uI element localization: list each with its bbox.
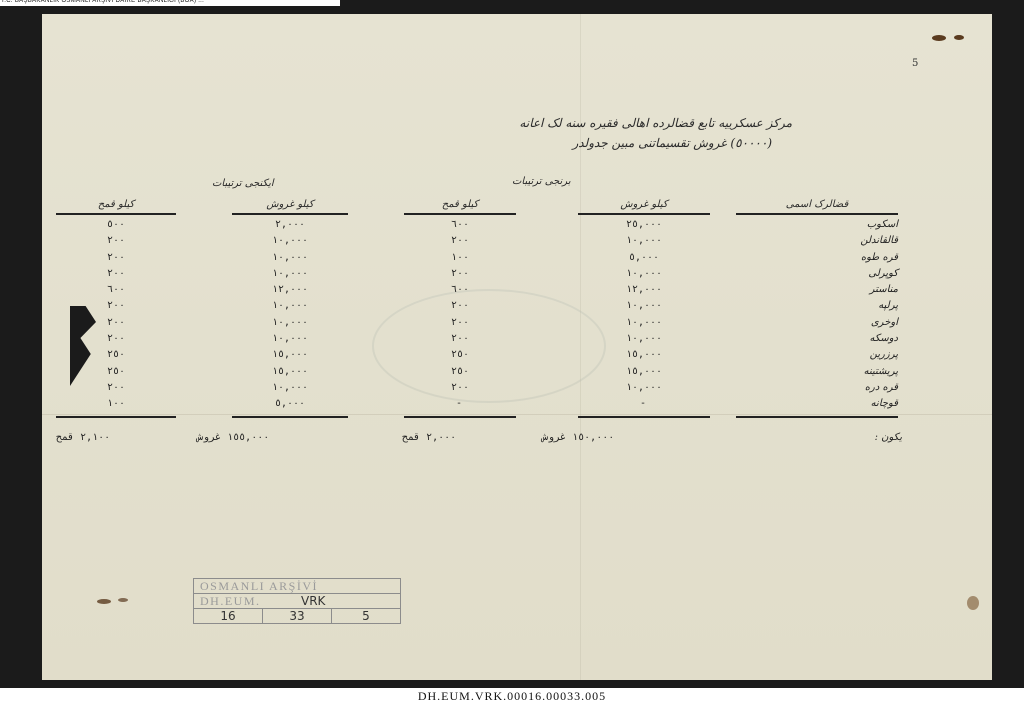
table-cell: ١٠,٠٠٠ xyxy=(232,315,348,331)
total-second-kilo: ٢,١٠٠ قمح xyxy=(56,432,110,443)
total-second-cash: ١٥٥,٠٠٠ غروش xyxy=(197,432,269,443)
table-cell: ٥٠٠ xyxy=(56,217,176,233)
stamp-fond: DH.EUM. xyxy=(200,594,261,608)
table-cell: ١٠,٠٠٠ xyxy=(578,266,710,282)
ink-stain xyxy=(97,599,111,604)
table-cell: ٥,٠٠٠ xyxy=(578,250,710,266)
table-cell: ١٠,٠٠٠ xyxy=(232,250,348,266)
header-rule xyxy=(578,213,710,215)
table-cell: پرلپه xyxy=(736,298,898,314)
folio-mark: 5 xyxy=(912,58,918,69)
document-title-line-1: مرکز عسکرییه تابع قضالرده اهالی فقیره سن… xyxy=(312,116,792,130)
table-cell: ٢٠٠ xyxy=(56,266,176,282)
header-strip: T.C. BAŞBAKANLIK OSMANLI ARŞİVİ DAİRE BA… xyxy=(0,0,340,6)
stamp-box-number: 16 xyxy=(194,609,263,623)
table-cell: ٦٠٠ xyxy=(56,282,176,298)
table-cell: ٢٥٠ xyxy=(404,347,516,363)
table-cell: ٢٠٠ xyxy=(56,250,176,266)
column-header: کیلو غروش xyxy=(232,199,348,211)
total-first-cash: ١٥٠,٠٠٠ غروش xyxy=(542,432,614,443)
header-rule xyxy=(56,213,176,215)
table-cell: ٢٠٠ xyxy=(404,315,516,331)
archive-stamp: OSMANLI ARŞİVİ DH.EUM. VRK 16 33 5 xyxy=(193,578,401,624)
table-cell: ٥,٠٠٠ xyxy=(232,396,348,412)
ink-stain xyxy=(967,596,979,610)
stamp-file-number: 33 xyxy=(263,609,332,623)
table-cell: ٢٥,٠٠٠ xyxy=(578,217,710,233)
table-cell: ٢٠٠ xyxy=(404,233,516,249)
table-cell: دوسکه xyxy=(736,331,898,347)
table-cell: ١٠,٠٠٠ xyxy=(232,266,348,282)
header-rule xyxy=(736,213,898,215)
table-cell: ١٠,٠٠٠ xyxy=(232,233,348,249)
header-rule xyxy=(232,213,348,215)
table-cell: ١٠,٠٠٠ xyxy=(232,298,348,314)
ink-stain xyxy=(954,35,964,40)
column-header: قضالرک اسمی xyxy=(736,199,898,211)
total-rule xyxy=(578,416,710,418)
column-second-cash: کیلو غروش ٢,٠٠٠ ١٠,٠٠٠ ١٠,٠٠٠ ١٠,٠٠٠ ١٢,… xyxy=(232,199,348,418)
table-cell: ١٥,٠٠٠ xyxy=(578,347,710,363)
table-cell: ١٢,٠٠٠ xyxy=(578,282,710,298)
table-cell: ١٥,٠٠٠ xyxy=(578,364,710,380)
table-cell: ٦٠٠ xyxy=(404,282,516,298)
table-cell: ١٠,٠٠٠ xyxy=(578,380,710,396)
ink-stain xyxy=(118,598,128,602)
table-cell: ٦٠٠ xyxy=(404,217,516,233)
table-cell: ١٠,٠٠٠ xyxy=(232,331,348,347)
document-page: 5 مرکز عسکرییه تابع قضالرده اهالی فقیره … xyxy=(42,14,992,680)
table-cell: ٢٠٠ xyxy=(56,233,176,249)
archive-header-caption: T.C. BAŞBAKANLIK OSMANLI ARŞİVİ DAİRE BA… xyxy=(1,0,204,4)
table-cell: اسکوب xyxy=(736,217,898,233)
table-cell: ٢٠٠ xyxy=(404,380,516,396)
group-label-first: برنجی ترتیبات xyxy=(512,176,571,187)
table-cell: ١٠,٠٠٠ xyxy=(578,298,710,314)
total-rule xyxy=(56,416,176,418)
total-rule xyxy=(404,416,516,418)
table-cell: کوپرلی xyxy=(736,266,898,282)
ink-stain xyxy=(932,35,946,41)
table-cell: ٢٠٠ xyxy=(404,266,516,282)
table-cell: ٢٠٠ xyxy=(404,298,516,314)
table-cell: پرزرین xyxy=(736,347,898,363)
table-cell: ٢,٠٠٠ xyxy=(232,217,348,233)
archive-reference-caption: DH.EUM.VRK.00016.00033.005 xyxy=(0,688,1024,704)
table-cell: پریشتینه xyxy=(736,364,898,380)
stamp-fond-handwritten: VRK xyxy=(301,594,325,608)
table-cell: - xyxy=(404,396,516,412)
column-first-kilo: کیلو قمح ٦٠٠ ٢٠٠ ١٠٠ ٢٠٠ ٦٠٠ ٢٠٠ ٢٠٠ ٢٠٠… xyxy=(404,199,516,418)
table-cell: ١٠,٠٠٠ xyxy=(232,380,348,396)
table-cell: ١٥,٠٠٠ xyxy=(232,347,348,363)
stamp-page-number: 5 xyxy=(332,609,400,623)
column-header: کیلو قمح xyxy=(404,199,516,211)
header-rule xyxy=(404,213,516,215)
table-cell: قره طوه xyxy=(736,250,898,266)
table-cell: اوخری xyxy=(736,315,898,331)
table-cell: ١٠,٠٠٠ xyxy=(578,331,710,347)
column-kaza-names: قضالرک اسمی اسکوب قالقاندلن قره طوه کوپر… xyxy=(736,199,898,418)
total-rule xyxy=(736,416,898,418)
table-cell: ١٠,٠٠٠ xyxy=(578,233,710,249)
table-cell: قالقاندلن xyxy=(736,233,898,249)
column-header: کیلو غروش xyxy=(578,199,710,211)
stamp-title: OSMANLI ARŞİVİ xyxy=(194,579,400,594)
stamp-fond-row: DH.EUM. VRK xyxy=(194,594,400,609)
total-rule xyxy=(232,416,348,418)
table-cell: مناستر xyxy=(736,282,898,298)
column-first-cash: کیلو غروش ٢٥,٠٠٠ ١٠,٠٠٠ ٥,٠٠٠ ١٠,٠٠٠ ١٢,… xyxy=(578,199,710,418)
table-cell: ١٠,٠٠٠ xyxy=(578,315,710,331)
column-header: کیلو قمح xyxy=(56,199,176,211)
table-cell: قره دره xyxy=(736,380,898,396)
table-cell: - xyxy=(578,396,710,412)
table-cell: ١٢,٠٠٠ xyxy=(232,282,348,298)
document-title-line-2: (٥٠٠٠٠) غروش تقسیماتنی مبین جدولدر xyxy=(342,136,772,150)
table-cell: ٢٠٠ xyxy=(404,331,516,347)
table-cell: ٢٠٠ xyxy=(56,380,176,396)
table-cell: قوچانه xyxy=(736,396,898,412)
total-first-kilo: ٢,٠٠٠ قمح xyxy=(402,432,456,443)
table-cell: ١٠٠ xyxy=(56,396,176,412)
table-cell: ٢٥٠ xyxy=(404,364,516,380)
stamp-numbers-row: 16 33 5 xyxy=(194,609,400,623)
group-label-second: ایکنجی ترتیبات xyxy=(212,178,274,189)
table-cell: ١٥,٠٠٠ xyxy=(232,364,348,380)
total-label: یکون : xyxy=(742,432,902,443)
table-cell: ١٠٠ xyxy=(404,250,516,266)
